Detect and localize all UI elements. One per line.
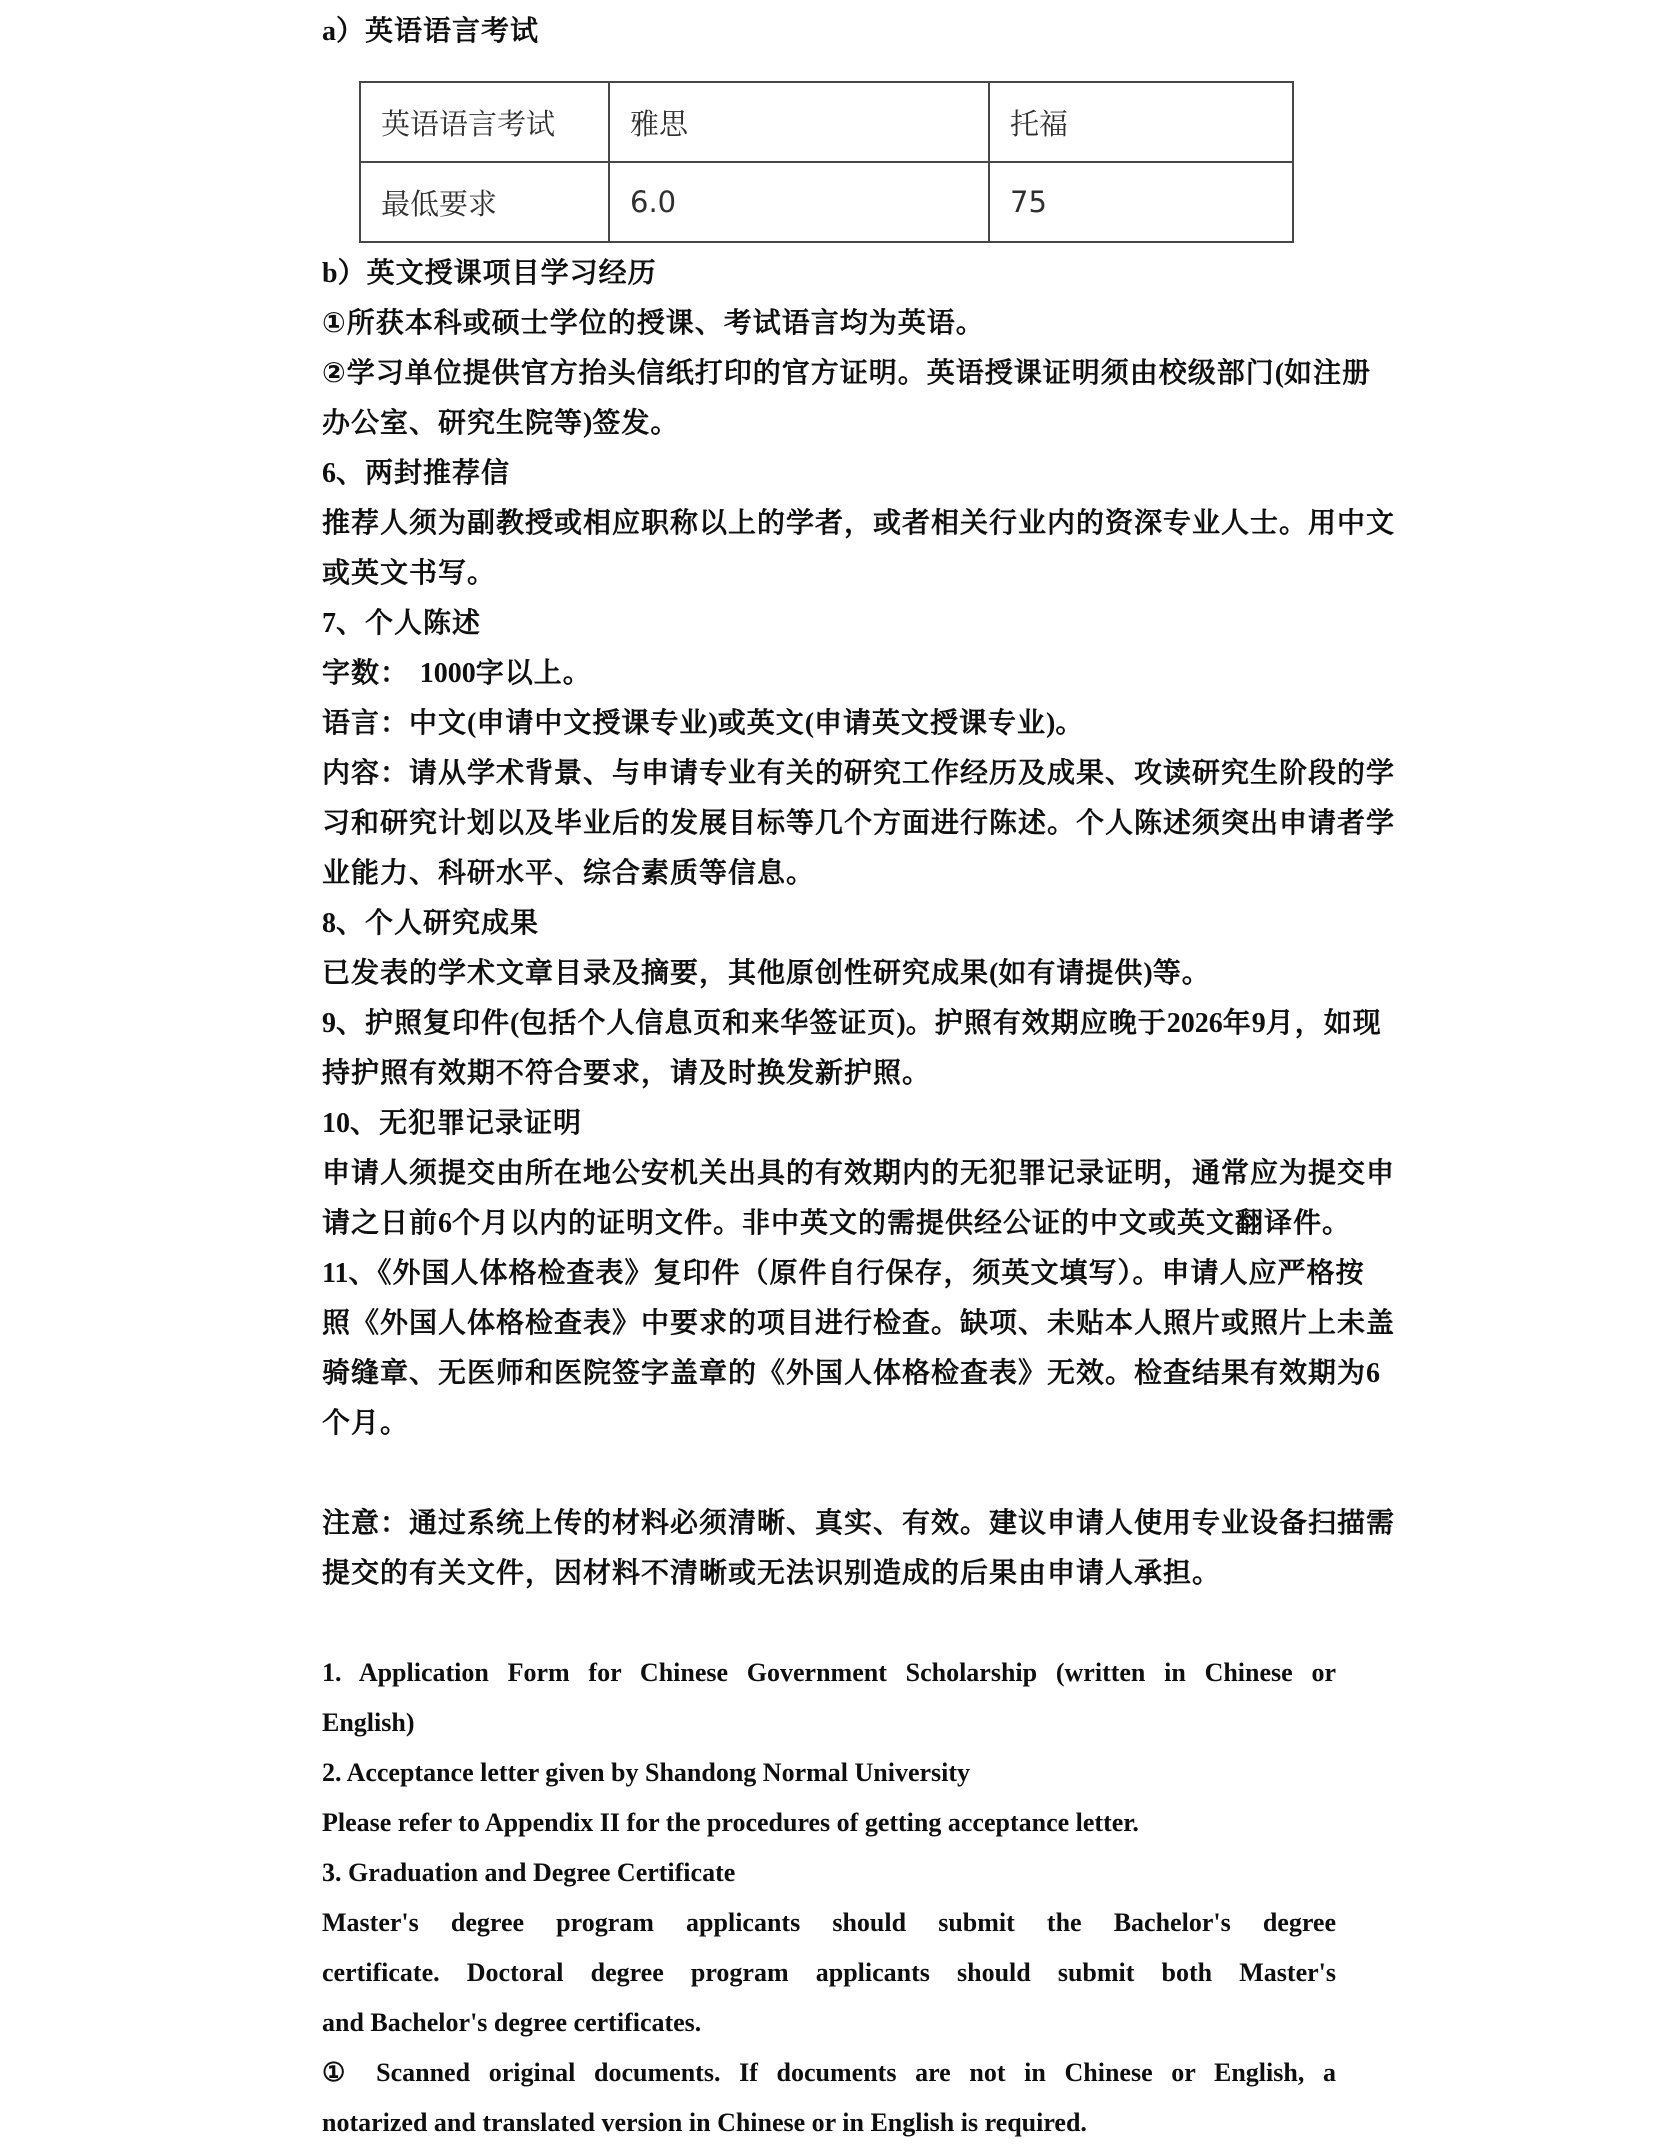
doc-text-line: 办公室、研究生院等)签发。 [322,398,1336,448]
doc-text-line: 11、《外国人体格检查表》复印件（原件自行保存，须英文填写）。申请人应严格按 [322,1248,1336,1298]
doc-text-line: 3. Graduation and Degree Certificate [322,1848,1336,1898]
table-cell-minimum-label: 最低要求 [360,162,609,242]
table-cell-test-label: 英语语言考试 [360,82,609,162]
doc-text-line: 请之日前6个月以内的证明文件。非中英文的需提供经公证的中文或英文翻译件。 [322,1198,1336,1248]
doc-text-line: 申请人须提交由所在地公安机关出具的有效期内的无犯罪记录证明，通常应为提交申 [322,1148,1336,1198]
doc-text-line: ① Scanned original documents. If documen… [322,2048,1336,2098]
doc-text-line: ②学习单位提供官方抬头信纸打印的官方证明。英语授课证明须由校级部门(如注册 [322,348,1336,398]
doc-text-line: 持护照有效期不符合要求，请及时换发新护照。 [322,1048,1336,1098]
doc-text-line: notarized and translated version in Chin… [322,2098,1336,2148]
english-test-score-table: 英语语言考试 雅思 托福 最低要求 6.0 75 [359,81,1294,243]
doc-text-line: 注意：通过系统上传的材料必须清晰、真实、有效。建议申请人使用专业设备扫描需 [322,1498,1336,1548]
doc-text-line: 已发表的学术文章目录及摘要，其他原创性研究成果(如有请提供)等。 [322,948,1336,998]
table-header-row: 英语语言考试 雅思 托福 [360,82,1293,162]
doc-text-line: 或英文书写。 [322,548,1336,598]
doc-text-line: 业能力、科研水平、综合素质等信息。 [322,848,1336,898]
blank-line [322,1598,1336,1648]
table-cell-ielts-label: 雅思 [609,82,989,162]
section-a-heading-container: a）英语语言考试 [322,6,1336,56]
doc-text-line: 习和研究计划以及毕业后的发展目标等几个方面进行陈述。个人陈述须突出申请者学 [322,798,1336,848]
doc-text-line: 字数： 1000字以上。 [322,648,1336,698]
doc-text-line: certificate. Doctoral degree program app… [322,1948,1336,1998]
doc-text-line: 提交的有关文件，因材料不清晰或无法识别造成的后果由申请人承担。 [322,1548,1336,1598]
doc-text-line: Please refer to Appendix II for the proc… [322,1798,1336,1848]
doc-text-line: 9、护照复印件(包括个人信息页和来华签证页)。护照有效期应晚于2026年9月，如… [322,998,1336,1048]
doc-text-line: Master's degree program applicants shoul… [322,1898,1336,1948]
doc-text-line: 7、个人陈述 [322,598,1336,648]
table-cell-ielts-score: 6.0 [609,162,989,242]
table-value-row: 最低要求 6.0 75 [360,162,1293,242]
document-lines-container: b）英文授课项目学习经历①所获本科或硕士学位的授课、考试语言均为英语。②学习单位… [322,248,1336,2148]
doc-text-line: 骑缝章、无医师和医院签字盖章的《外国人体格检查表》无效。检查结果有效期为6 [322,1348,1336,1398]
document-page: { "page": { "background": "#ffffff", "in… [0,0,1654,2152]
table-cell-toefl-label: 托福 [989,82,1293,162]
doc-text-line: 6、两封推荐信 [322,448,1336,498]
doc-text-line: English) [322,1698,1336,1748]
doc-text-line: a）英语语言考试 [322,6,1336,56]
doc-text-line: 10、无犯罪记录证明 [322,1098,1336,1148]
doc-text-line: 推荐人须为副教授或相应职称以上的学者，或者相关行业内的资深专业人士。用中文 [322,498,1336,548]
doc-text-line: ①所获本科或硕士学位的授课、考试语言均为英语。 [322,298,1336,348]
doc-text-line: 照《外国人体格检查表》中要求的项目进行检查。缺项、未贴本人照片或照片上未盖 [322,1298,1336,1348]
table-cell-toefl-score: 75 [989,162,1293,242]
blank-line [322,1448,1336,1498]
doc-text-line: 语言：中文(申请中文授课专业)或英文(申请英文授课专业)。 [322,698,1336,748]
doc-text-line: 内容：请从学术背景、与申请专业有关的研究工作经历及成果、攻读研究生阶段的学 [322,748,1336,798]
doc-text-line: 2. Acceptance letter given by Shandong N… [322,1748,1336,1798]
doc-text-line: 1. Application Form for Chinese Governme… [322,1648,1336,1698]
doc-text-line: and Bachelor's degree certificates. [322,1998,1336,2048]
doc-text-line: b）英文授课项目学习经历 [322,248,1336,298]
doc-text-line: 8、个人研究成果 [322,898,1336,948]
doc-text-line: 个月。 [322,1398,1336,1448]
document-body: a）英语语言考试 英语语言考试 雅思 托福 最低要求 6.0 75 b）英文授课… [322,6,1336,2148]
